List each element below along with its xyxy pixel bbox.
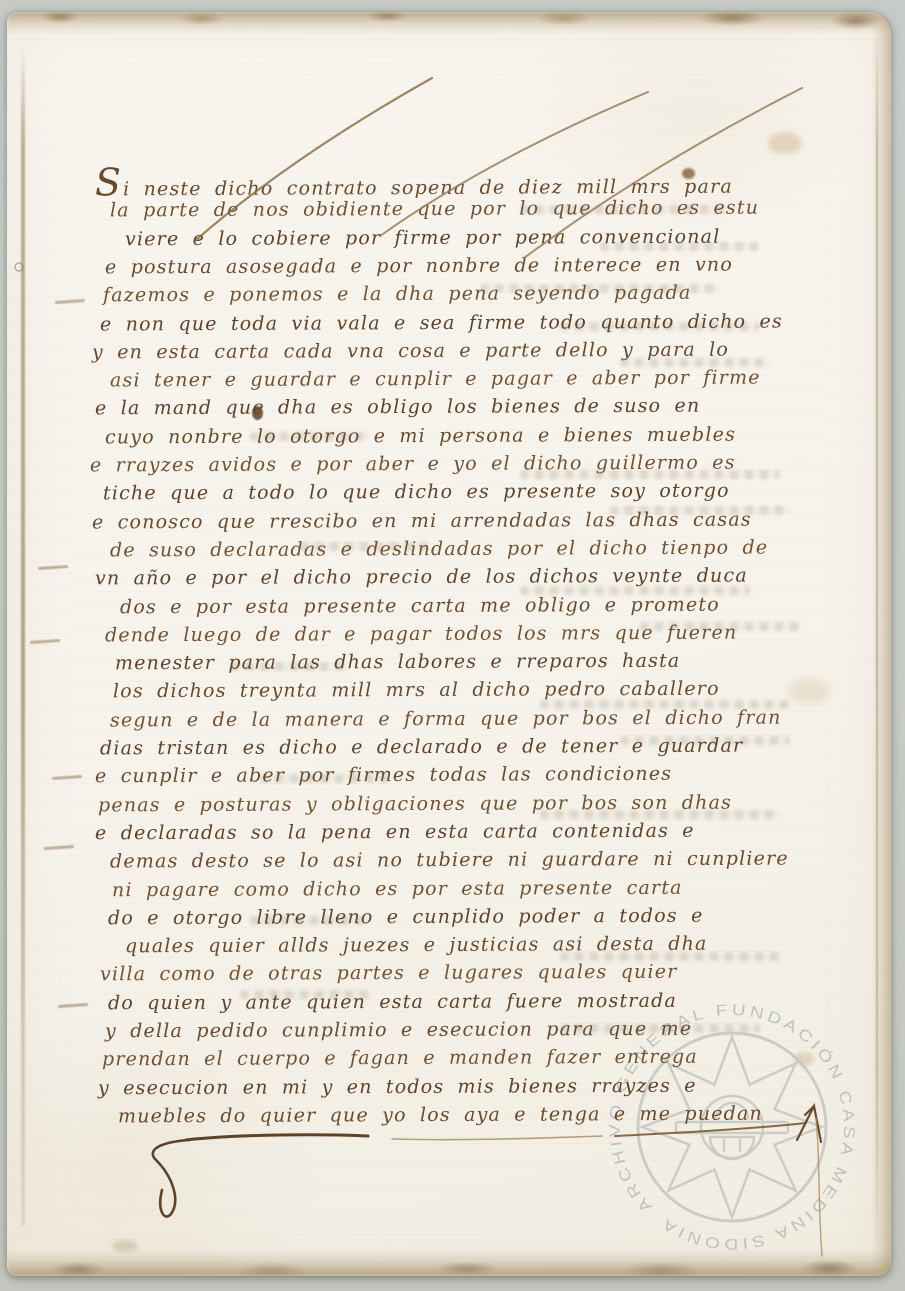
closing-flourish-line xyxy=(186,1135,368,1140)
pen-strokes-layer xyxy=(0,0,905,1291)
margin-circle-mark xyxy=(15,263,23,271)
closing-flourish-hook xyxy=(153,1140,189,1217)
scanned-manuscript: { "palette": { "backdrop": "#c6cbc8", "p… xyxy=(0,0,905,1291)
top-pen-stroke xyxy=(196,78,432,240)
closing-flourish-line xyxy=(615,1123,806,1136)
top-pen-stroke xyxy=(524,88,802,258)
top-pen-stroke xyxy=(380,92,648,236)
closing-flourish-line xyxy=(392,1136,602,1140)
